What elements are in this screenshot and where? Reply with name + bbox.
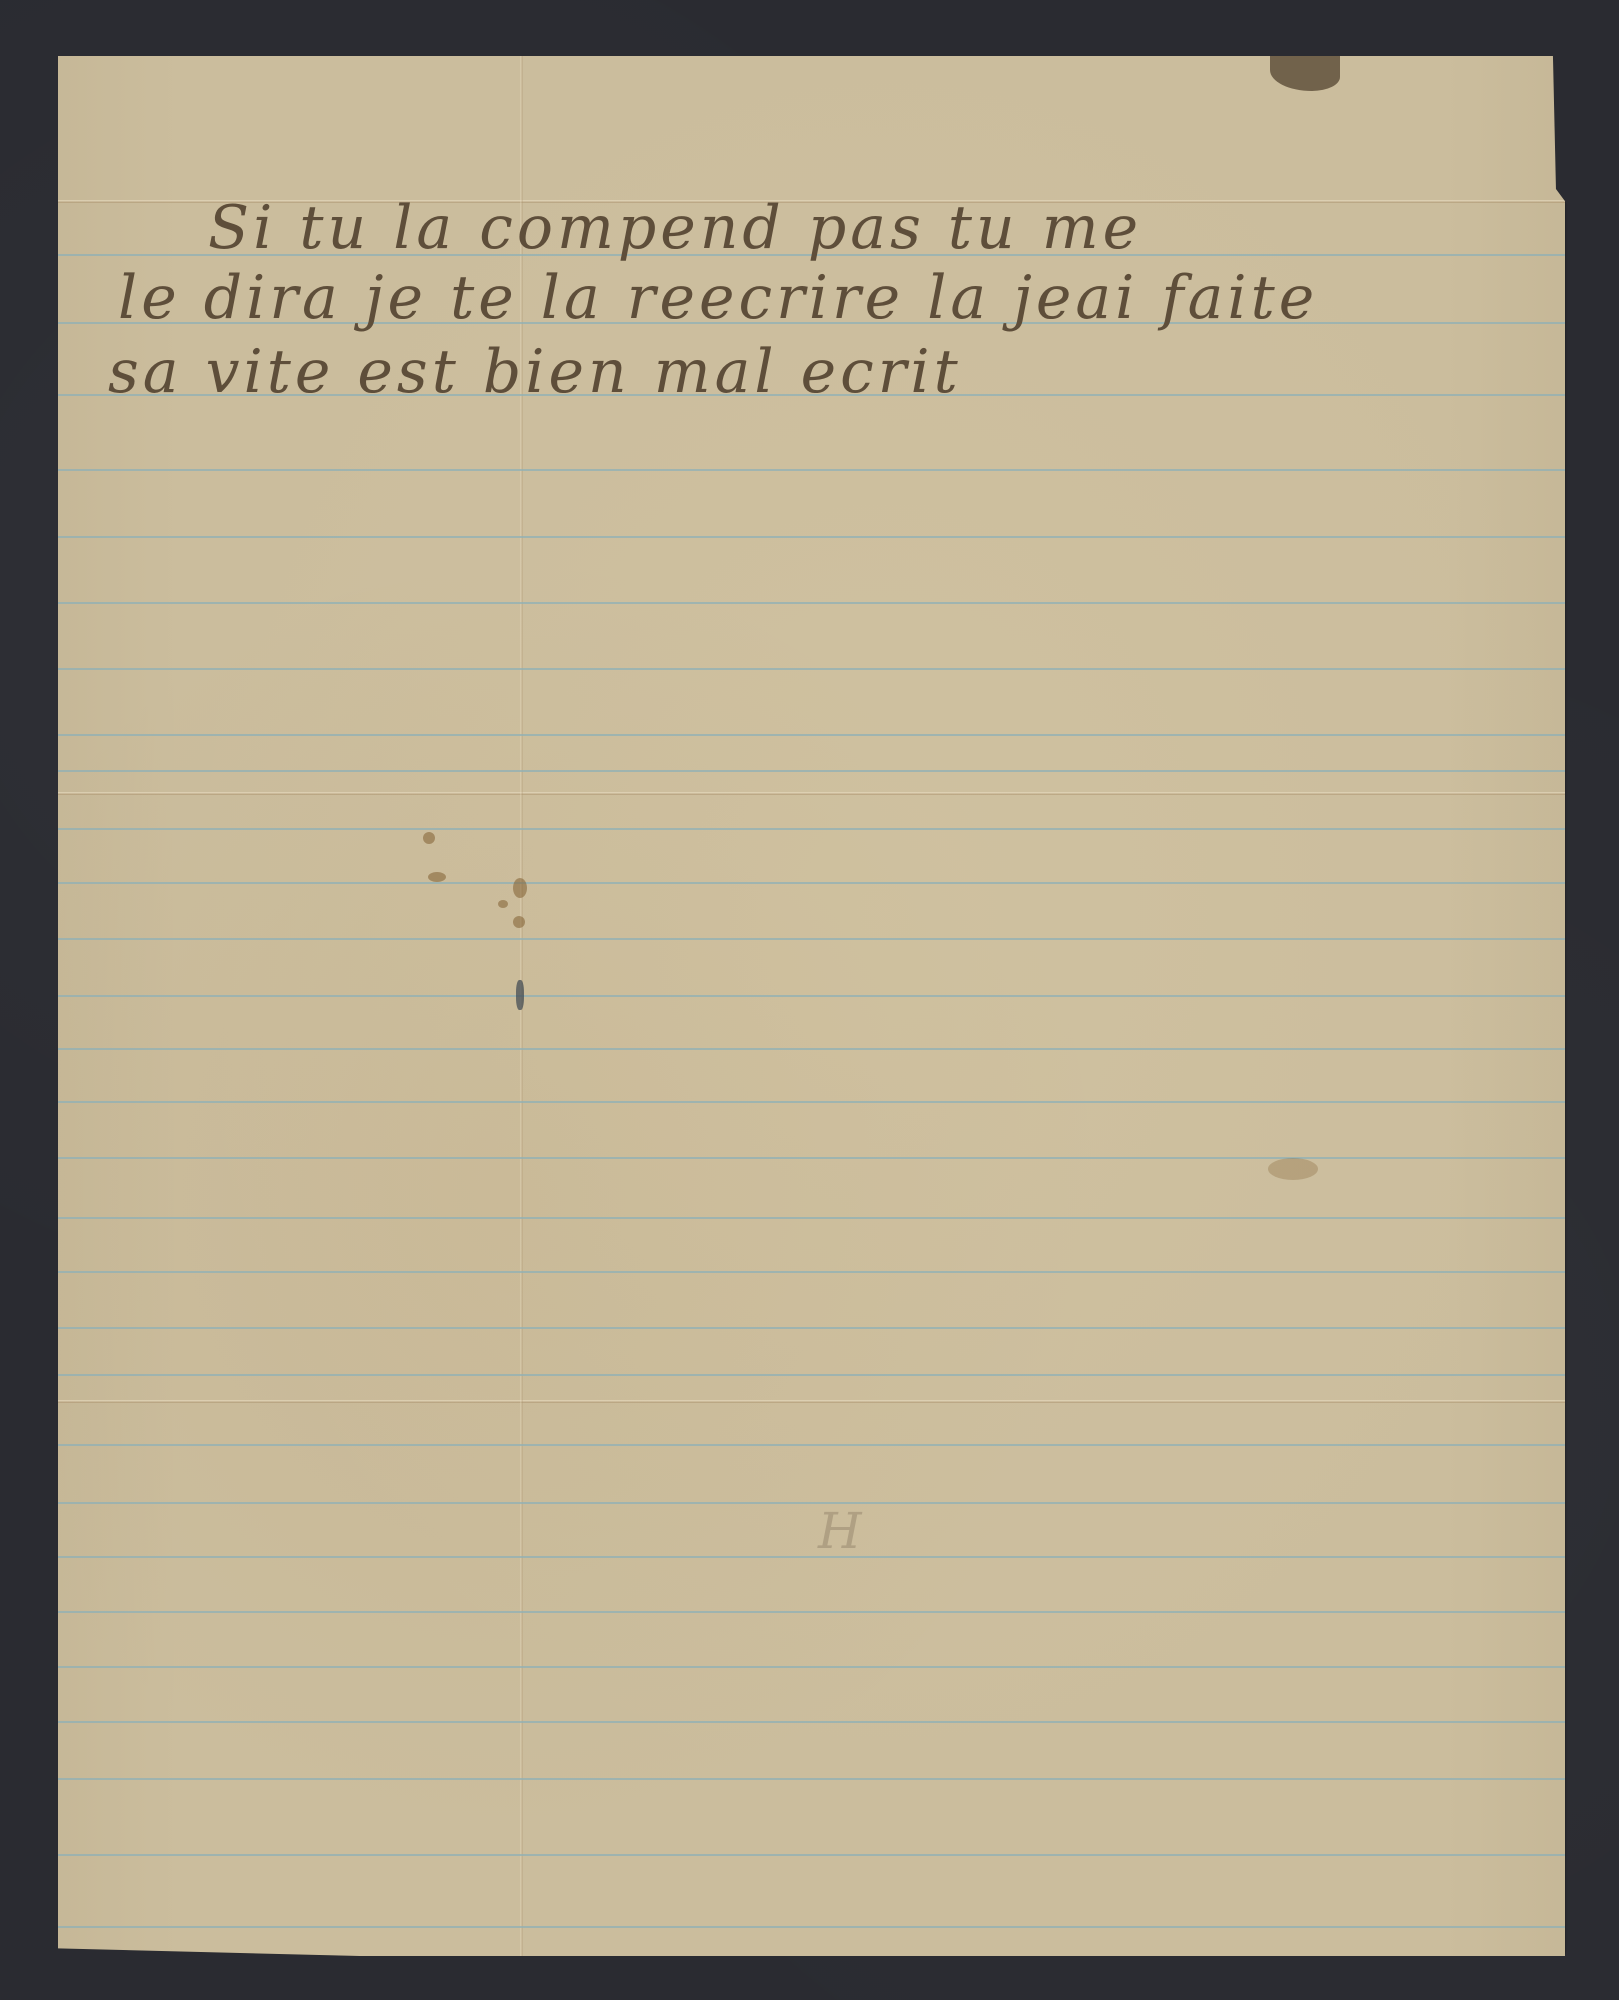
stain	[423, 832, 435, 844]
ruled-line	[58, 938, 1565, 940]
ink-blot	[516, 980, 524, 1010]
fold-line-middle	[58, 792, 1565, 795]
ruled-line	[58, 1611, 1565, 1613]
ruled-line	[58, 1374, 1565, 1376]
handwritten-line-2: le dira je te la reecrire la jeai faite	[118, 268, 1318, 328]
ruled-line	[58, 1327, 1565, 1329]
handwritten-line-3: sa vite est bien mal ecrit	[108, 342, 962, 402]
ruled-line	[58, 1157, 1565, 1159]
ruled-line	[58, 1502, 1565, 1504]
ruled-line	[58, 995, 1565, 997]
ruled-line	[58, 1854, 1565, 1856]
ruled-line	[58, 734, 1565, 736]
ruled-line	[58, 668, 1565, 670]
ruled-line	[58, 1217, 1565, 1219]
ruled-line	[58, 882, 1565, 884]
letter-page: Si tu la compend pas tu me le dira je te…	[58, 56, 1565, 1956]
ruled-line	[58, 1721, 1565, 1723]
stain	[513, 916, 525, 928]
ruled-line	[58, 1444, 1565, 1446]
handwritten-line-1: Si tu la compend pas tu me	[208, 198, 1142, 258]
ruled-line	[58, 536, 1565, 538]
stain	[428, 872, 446, 882]
ruled-line	[58, 1926, 1565, 1928]
ruled-line	[58, 1666, 1565, 1668]
stain	[498, 900, 508, 908]
stain	[513, 878, 527, 898]
ruled-line	[58, 1271, 1565, 1273]
ruled-line	[58, 1556, 1565, 1558]
fold-line-lower	[58, 1400, 1565, 1403]
ruled-line	[58, 469, 1565, 471]
stain	[1268, 1158, 1318, 1180]
ruled-line	[58, 1101, 1565, 1103]
faint-pencil-mark: H	[818, 1506, 866, 1556]
ruled-line	[58, 770, 1565, 772]
ruled-line	[58, 602, 1565, 604]
ruled-line	[58, 828, 1565, 830]
ruled-line	[58, 1778, 1565, 1780]
ruled-line	[58, 1048, 1565, 1050]
